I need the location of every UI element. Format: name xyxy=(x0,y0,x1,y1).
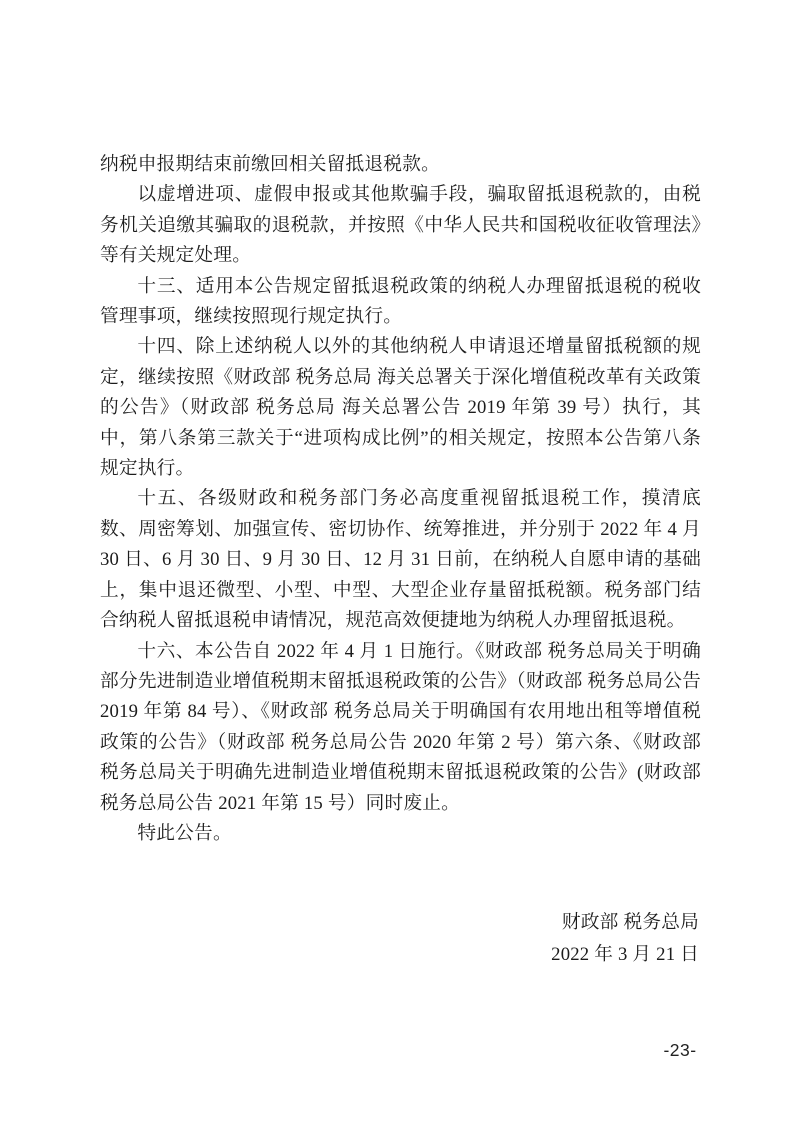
document-page: 纳税申报期结束前缴回相关留抵退税款。 以虚增进项、虚假申报或其他欺骗手段，骗取留… xyxy=(0,0,793,1122)
document-body: 纳税申报期结束前缴回相关留抵退税款。 以虚增进项、虚假申报或其他欺骗手段，骗取留… xyxy=(100,150,701,971)
paragraph-article-13: 十三、适用本公告规定留抵退税政策的纳税人办理留抵退税的税收管理事项，继续按照现行… xyxy=(100,272,701,333)
signature-date: 2022 年 3 月 21 日 xyxy=(100,939,699,971)
paragraph-continuation: 纳税申报期结束前缴回相关留抵退税款。 xyxy=(100,150,701,180)
paragraph-article-15: 十五、各级财政和税务部门务必高度重视留抵退税工作，摸清底数、周密筹划、加强宣传、… xyxy=(100,484,701,636)
paragraph-article-14: 十四、除上述纳税人以外的其他纳税人申请退还增量留抵税额的规定，继续按照《财政部 … xyxy=(100,332,701,484)
paragraph-fraud-clause: 以虚增进项、虚假申报或其他欺骗手段，骗取留抵退税款的，由税务机关追缴其骗取的退税… xyxy=(100,180,701,271)
signature-block: 财政部 税务总局 2022 年 3 月 21 日 xyxy=(100,907,701,971)
page-number: -23- xyxy=(640,1040,720,1061)
paragraph-article-16: 十六、本公告自 2022 年 4 月 1 日施行。《财政部 税务总局关于明确部分… xyxy=(100,637,701,819)
signature-issuer: 财政部 税务总局 xyxy=(100,907,699,939)
paragraph-closing: 特此公告。 xyxy=(100,819,701,849)
